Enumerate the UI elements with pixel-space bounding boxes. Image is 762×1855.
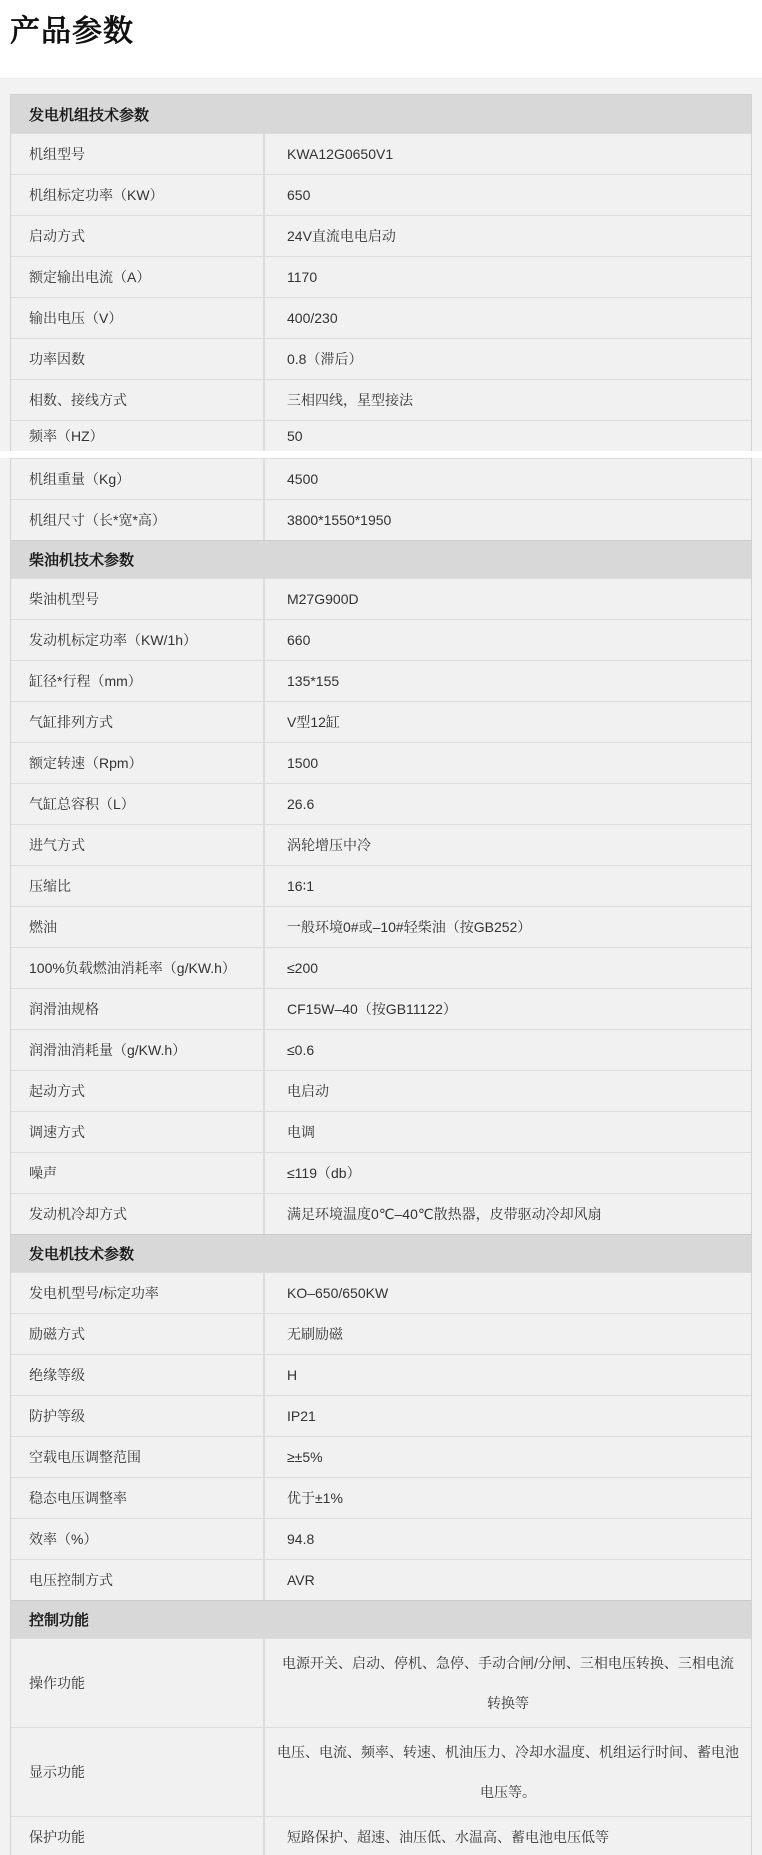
- spec-label: 燃油: [11, 907, 265, 947]
- spec-row: 进气方式涡轮增压中冷: [11, 824, 751, 865]
- spec-label: 绝缘等级: [11, 1355, 265, 1395]
- spec-label: 功率因数: [11, 339, 265, 379]
- spec-value: 4500: [265, 459, 751, 499]
- spec-row: 100%负载燃油消耗率（g/KW.h）≤200: [11, 947, 751, 988]
- spec-row: 额定转速（Rpm）1500: [11, 742, 751, 783]
- spec-label: 空载电压调整范围: [11, 1437, 265, 1477]
- spec-value: ≤119（db）: [265, 1153, 751, 1193]
- spec-label: 机组尺寸（长*宽*高）: [11, 500, 265, 540]
- spec-row: 效率（%）94.8: [11, 1518, 751, 1559]
- spec-label: 机组重量（Kg）: [11, 459, 265, 499]
- spec-row: 机组标定功率（KW）650: [11, 174, 751, 215]
- spec-value: M27G900D: [265, 579, 751, 619]
- section-header: 发电机组技术参数: [11, 95, 751, 133]
- spec-value: 电调: [265, 1112, 751, 1152]
- spec-row: 机组型号KWA12G0650V1: [11, 133, 751, 174]
- spec-row: 启动方式24V直流电电启动: [11, 215, 751, 256]
- spec-label: 效率（%）: [11, 1519, 265, 1559]
- spec-label: 进气方式: [11, 825, 265, 865]
- spec-label: 噪声: [11, 1153, 265, 1193]
- spec-value: V型12缸: [265, 702, 751, 742]
- spec-label: 防护等级: [11, 1396, 265, 1436]
- spec-label: 机组型号: [11, 134, 265, 174]
- spec-row: 噪声≤119（db）: [11, 1152, 751, 1193]
- spec-value: 优于±1%: [265, 1478, 751, 1518]
- spec-label: 发动机标定功率（KW/1h）: [11, 620, 265, 660]
- spec-value: CF15W–40（按GB11122）: [265, 989, 751, 1029]
- spec-value: 24V直流电电启动: [265, 216, 751, 256]
- spec-label: 稳态电压调整率: [11, 1478, 265, 1518]
- spec-label: 调速方式: [11, 1112, 265, 1152]
- spec-label: 电压控制方式: [11, 1560, 265, 1600]
- spec-label: 发动机冷却方式: [11, 1194, 265, 1234]
- spec-label: 压缩比: [11, 866, 265, 906]
- spec-label: 机组标定功率（KW）: [11, 175, 265, 215]
- spec-row: 空载电压调整范围≥±5%: [11, 1436, 751, 1477]
- spec-value: 涡轮增压中冷: [265, 825, 751, 865]
- spec-value: KWA12G0650V1: [265, 134, 751, 174]
- page-title-bar: 产品参数: [0, 0, 762, 79]
- spec-label: 保护功能: [11, 1817, 265, 1855]
- spec-label: 气缸总容积（L）: [11, 784, 265, 824]
- spec-label: 励磁方式: [11, 1314, 265, 1354]
- spec-label: 输出电压（V）: [11, 298, 265, 338]
- spec-value: 650: [265, 175, 751, 215]
- spec-table: 发电机组技术参数机组型号KWA12G0650V1机组标定功率（KW）650启动方…: [10, 94, 752, 1855]
- spec-value: 满足环境温度0℃–40℃散热器，皮带驱动冷却风扇: [265, 1194, 751, 1234]
- spec-row: 频率（HZ）50: [11, 420, 751, 451]
- spec-row: 气缸排列方式V型12缸: [11, 701, 751, 742]
- spec-row: 润滑油消耗量（g/KW.h）≤0.6: [11, 1029, 751, 1070]
- spec-label: 缸径*行程（mm）: [11, 661, 265, 701]
- spec-value: ≤0.6: [265, 1030, 751, 1070]
- spec-value: 三相四线，星型接法: [265, 380, 751, 420]
- spec-row: 气缸总容积（L）26.6: [11, 783, 751, 824]
- spec-row: 调速方式电调: [11, 1111, 751, 1152]
- spec-value: 660: [265, 620, 751, 660]
- spec-value: 1170: [265, 257, 751, 297]
- spec-label: 起动方式: [11, 1071, 265, 1111]
- spec-label: 操作功能: [11, 1639, 265, 1727]
- spec-value: 1500: [265, 743, 751, 783]
- spec-value: 400/230: [265, 298, 751, 338]
- spec-row: 励磁方式无刷励磁: [11, 1313, 751, 1354]
- spec-value: ≤200: [265, 948, 751, 988]
- spec-label: 柴油机型号: [11, 579, 265, 619]
- spec-value: 3800*1550*1950: [265, 500, 751, 540]
- spec-value: ≥±5%: [265, 1437, 751, 1477]
- spec-value: 16∶1: [265, 866, 751, 906]
- spec-row: 显示功能电压、电流、频率、转速、机油压力、冷却水温度、机组运行时间、蓄电池电压等…: [11, 1727, 751, 1816]
- spec-row: 绝缘等级H: [11, 1354, 751, 1395]
- spec-row: 稳态电压调整率优于±1%: [11, 1477, 751, 1518]
- spec-row: 起动方式电启动: [11, 1070, 751, 1111]
- page-stitch-gap: [0, 451, 762, 458]
- spec-value: 短路保护、超速、油压低、水温高、蓄电池电压低等: [265, 1817, 751, 1855]
- spec-row: 输出电压（V）400/230: [11, 297, 751, 338]
- spec-value: 无刷励磁: [265, 1314, 751, 1354]
- spec-value: 一般环境0#或–10#轻柴油（按GB252）: [265, 907, 751, 947]
- spec-row: 机组尺寸（长*宽*高）3800*1550*1950: [11, 499, 751, 540]
- spec-row: 燃油一般环境0#或–10#轻柴油（按GB252）: [11, 906, 751, 947]
- spec-row: 操作功能电源开关、启动、停机、急停、手动合闸/分闸、三相电压转换、三相电流转换等: [11, 1638, 751, 1727]
- spec-value: 135*155: [265, 661, 751, 701]
- spec-label: 润滑油规格: [11, 989, 265, 1029]
- spec-label: 气缸排列方式: [11, 702, 265, 742]
- spec-row: 发电机型号/标定功率KO–650/650KW: [11, 1272, 751, 1313]
- spec-value: 电源开关、启动、停机、急停、手动合闸/分闸、三相电压转换、三相电流转换等: [265, 1639, 751, 1727]
- spec-value: 0.8（滞后）: [265, 339, 751, 379]
- spec-row: 额定输出电流（A）1170: [11, 256, 751, 297]
- spec-row: 柴油机型号M27G900D: [11, 578, 751, 619]
- spec-row: 发动机标定功率（KW/1h）660: [11, 619, 751, 660]
- spec-value: IP21: [265, 1396, 751, 1436]
- spec-row: 保护功能短路保护、超速、油压低、水温高、蓄电池电压低等: [11, 1816, 751, 1855]
- spec-value: 电压、电流、频率、转速、机油压力、冷却水温度、机组运行时间、蓄电池电压等。: [265, 1728, 751, 1816]
- spec-row: 润滑油规格CF15W–40（按GB11122）: [11, 988, 751, 1029]
- spec-row: 压缩比16∶1: [11, 865, 751, 906]
- page-title: 产品参数: [10, 14, 752, 50]
- spec-label: 频率（HZ）: [11, 421, 265, 451]
- spec-value: 26.6: [265, 784, 751, 824]
- spec-label: 启动方式: [11, 216, 265, 256]
- spec-label: 额定转速（Rpm）: [11, 743, 265, 783]
- spec-label: 润滑油消耗量（g/KW.h）: [11, 1030, 265, 1070]
- spec-value: 50: [265, 421, 751, 451]
- section-header: 发电机技术参数: [11, 1234, 751, 1272]
- spec-value: 94.8: [265, 1519, 751, 1559]
- spec-value: 电启动: [265, 1071, 751, 1111]
- section-header: 柴油机技术参数: [11, 540, 751, 578]
- spec-value: AVR: [265, 1560, 751, 1600]
- spec-label: 显示功能: [11, 1728, 265, 1816]
- spec-label: 100%负载燃油消耗率（g/KW.h）: [11, 948, 265, 988]
- spec-value: KO–650/650KW: [265, 1273, 751, 1313]
- spec-value: H: [265, 1355, 751, 1395]
- spec-row: 机组重量（Kg）4500: [11, 458, 751, 499]
- spec-label: 额定输出电流（A）: [11, 257, 265, 297]
- spec-row: 发动机冷却方式满足环境温度0℃–40℃散热器，皮带驱动冷却风扇: [11, 1193, 751, 1234]
- spec-row: 电压控制方式AVR: [11, 1559, 751, 1600]
- spec-label: 相数、接线方式: [11, 380, 265, 420]
- spec-row: 功率因数0.8（滞后）: [11, 338, 751, 379]
- section-header: 控制功能: [11, 1600, 751, 1638]
- spec-label: 发电机型号/标定功率: [11, 1273, 265, 1313]
- spec-row: 防护等级IP21: [11, 1395, 751, 1436]
- spec-row: 缸径*行程（mm）135*155: [11, 660, 751, 701]
- spec-row: 相数、接线方式三相四线，星型接法: [11, 379, 751, 420]
